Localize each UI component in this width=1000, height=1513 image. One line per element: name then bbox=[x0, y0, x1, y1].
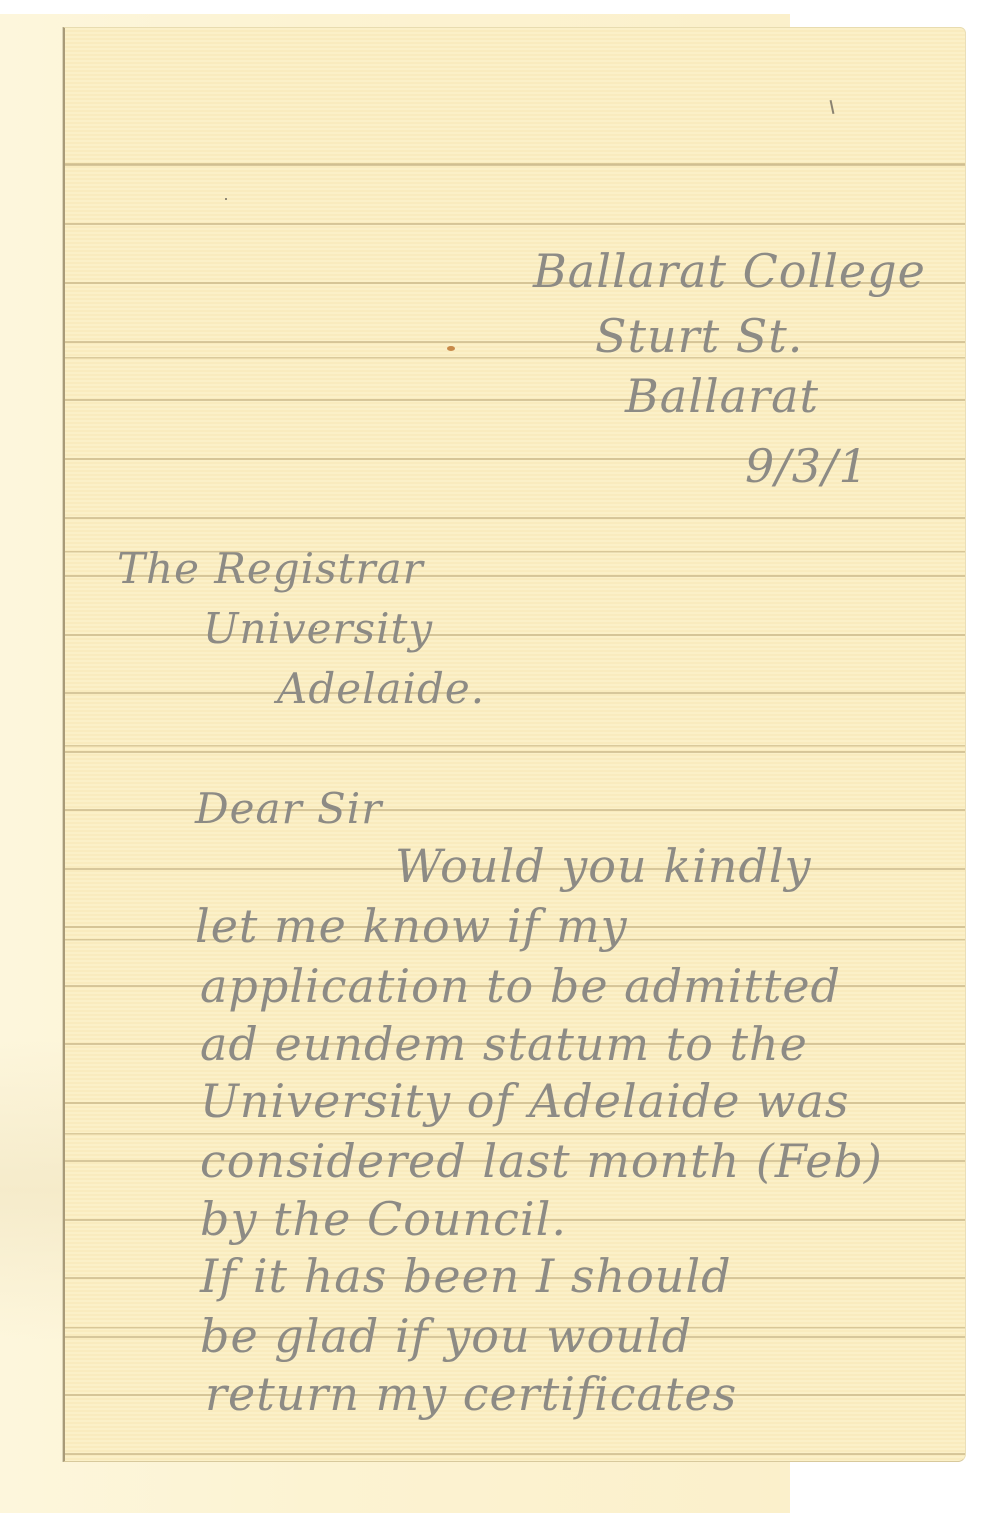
recipient-line-title: The Registrar bbox=[117, 548, 424, 590]
body-line: be glad if you would bbox=[200, 1313, 692, 1359]
body-line: by the Council. bbox=[200, 1196, 567, 1242]
fold-shadow bbox=[0, 1040, 62, 1340]
recipient-line-city: Adelaide. bbox=[277, 668, 485, 710]
paper-speck bbox=[225, 198, 227, 200]
salutation: Dear Sir bbox=[195, 788, 382, 830]
body-line: University of Adelaide was bbox=[200, 1078, 850, 1124]
body-line: If it has been I should bbox=[200, 1253, 732, 1299]
letter-sheet: Ballarat College Sturt St. Ballarat 9/3/… bbox=[63, 27, 966, 1462]
ruled-lines bbox=[65, 28, 965, 1461]
body-line: considered last month (Feb) bbox=[200, 1138, 883, 1184]
letter-date: 9/3/1 bbox=[745, 443, 869, 489]
address-line-street: Sturt St. bbox=[595, 313, 803, 359]
body-line: application to be admitted bbox=[200, 963, 841, 1009]
address-line-town: Ballarat bbox=[625, 373, 819, 419]
recipient-line-institution: University bbox=[203, 608, 433, 650]
body-line: return my certificates bbox=[205, 1371, 737, 1417]
body-line: Would you kindly bbox=[395, 843, 812, 889]
ink-stain bbox=[447, 346, 455, 351]
body-line: ad eundem statum to the bbox=[200, 1021, 808, 1067]
address-line-college: Ballarat College bbox=[533, 248, 926, 294]
body-line: let me know if my bbox=[195, 903, 628, 949]
